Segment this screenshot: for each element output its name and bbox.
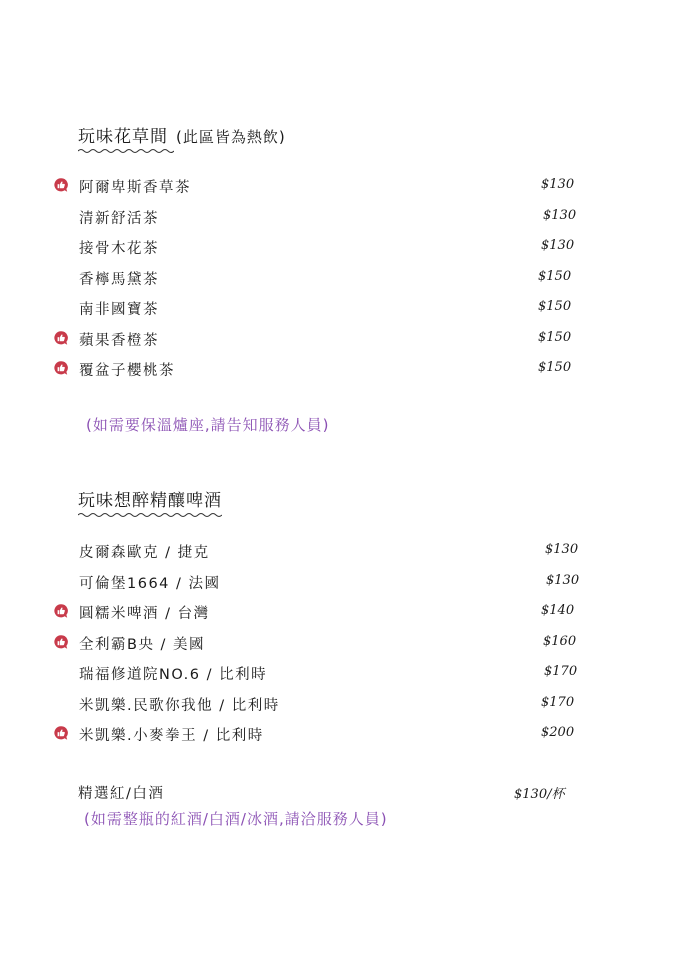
menu-item-name: 覆盆子櫻桃茶: [79, 359, 175, 380]
thumbs-up-speech-bubble-icon: [53, 360, 69, 376]
menu-item-name: 米凱樂.民歌你我他 / 比利時: [79, 694, 280, 715]
menu-item-price: $160: [543, 634, 576, 649]
menu-item-name: 圓糯米啤酒 / 台灣: [79, 602, 210, 623]
menu-item-price: $150: [538, 360, 571, 375]
menu-item-price: $130: [541, 177, 574, 192]
wine-item-price: $130/杯: [514, 783, 564, 802]
menu-item-price: $150: [538, 330, 571, 345]
menu-item-name: 阿爾卑斯香草茶: [79, 176, 191, 197]
thumbs-up-speech-bubble-icon: [53, 177, 69, 193]
menu-item-price: $130: [546, 573, 579, 588]
wavy-underline: [78, 512, 222, 518]
menu-item-price: $130: [543, 208, 576, 223]
menu-item-name: 皮爾森歐克 / 捷克: [79, 541, 210, 562]
menu-item-price: $170: [544, 664, 577, 679]
thumbs-up-speech-bubble-icon: [53, 725, 69, 741]
thumbs-up-speech-bubble-icon: [53, 603, 69, 619]
menu-item-price: $140: [541, 603, 574, 618]
thumbs-up-speech-bubble-icon: [53, 330, 69, 346]
section-title-herbal-tea: 玩味花草間 (此區皆為熱飲): [78, 122, 286, 147]
section-subtitle: (此區皆為熱飲): [176, 128, 286, 146]
wavy-underline: [78, 148, 174, 154]
section-title-text: 玩味花草間: [78, 127, 168, 147]
menu-item-price: $130: [545, 542, 578, 557]
thumbs-up-speech-bubble-icon: [53, 634, 69, 650]
menu-item-name: 米凱樂.小麥拳王 / 比利時: [79, 724, 264, 745]
section-title-craft-beer: 玩味想醉精釀啤酒: [78, 486, 222, 511]
menu-item-name: 清新舒活茶: [79, 207, 159, 228]
menu-item-price: $200: [541, 725, 574, 740]
wine-bottle-note: (如需整瓶的紅酒/白酒/冰酒,請洽服務人員): [84, 808, 388, 829]
menu-item-price: $150: [538, 299, 571, 314]
menu-item-name: 蘋果香橙茶: [79, 329, 159, 350]
warmer-note: (如需要保溫爐座,請告知服務人員): [86, 414, 329, 435]
menu-item-name: 瑞福修道院NO.6 / 比利時: [79, 663, 267, 684]
menu-item-name: 全利霸B央 / 美國: [79, 633, 205, 654]
menu-item-price: $170: [541, 695, 574, 710]
menu-item-name: 接骨木花茶: [79, 237, 159, 258]
menu-item-name: 可倫堡1664 / 法國: [79, 572, 221, 593]
menu-item-name: 南非國寶茶: [79, 298, 159, 319]
menu-item-price: $130: [541, 238, 574, 253]
menu-item-name: 香檸馬黛茶: [79, 268, 159, 289]
section-title-text: 玩味想醉精釀啤酒: [78, 491, 222, 511]
wine-item-name: 精選紅/白酒: [78, 782, 164, 803]
menu-item-price: $150: [538, 269, 571, 284]
